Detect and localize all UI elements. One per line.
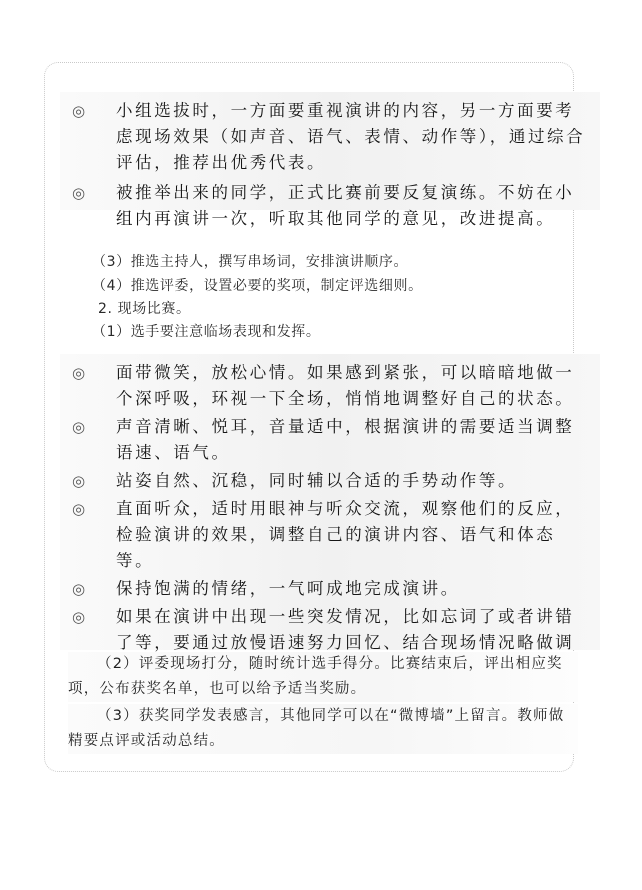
step-4-judges-selection: （4）推选评委，设置必要的奖项，制定评选细则。 — [92, 276, 423, 297]
double-circle-bullet-icon: ◎ — [72, 180, 85, 206]
double-circle-bullet-icon: ◎ — [72, 604, 85, 630]
section-2-heading: 2. 现场比赛。 — [98, 299, 191, 320]
bullet-item: ◎ 声音清晰、悦耳，音量适中，根据演讲的需要适当调整语速、语气。 — [60, 414, 600, 466]
bullet-item: ◎ 面带微笑，放松心情。如果感到紧张，可以暗暗地做一个深呼吸，环视一下全场，悄悄… — [60, 360, 600, 412]
double-circle-bullet-icon: ◎ — [72, 496, 85, 522]
closing-paragraph-acceptance: （3）获奖同学发表感言，其他同学可以在“微博墙”上留言。教师做精要点评或活动总结… — [68, 704, 578, 754]
bullet-item: ◎ 直面听众，适时用眼神与听众交流，观察他们的反应，检验演讲的效果，调整自己的演… — [60, 496, 600, 574]
bullet-text: 声音清晰、悦耳，音量适中，根据演讲的需要适当调整语速、语气。 — [116, 414, 586, 466]
double-circle-bullet-icon: ◎ — [72, 98, 85, 124]
double-circle-bullet-icon: ◎ — [72, 360, 85, 386]
bullet-text: 小组选拔时，一方面要重视演讲的内容，另一方面要考虑现场效果（如声音、语气、表情、… — [116, 98, 586, 176]
bullet-block-selection-tips: ◎ 小组选拔时，一方面要重视演讲的内容，另一方面要考虑现场效果（如声音、语气、表… — [60, 92, 600, 210]
closing-paragraph-scoring: （2）评委现场打分，随时统计选手得分。比赛结束后，评出相应奖项，公布获奖名单，也… — [68, 652, 578, 702]
bullet-text: 面带微笑，放松心情。如果感到紧张，可以暗暗地做一个深呼吸，环视一下全场，悄悄地调… — [116, 360, 586, 412]
double-circle-bullet-icon: ◎ — [72, 576, 85, 602]
double-circle-bullet-icon: ◎ — [72, 468, 85, 494]
bullet-text: 站姿自然、沉稳，同时辅以合适的手势动作等。 — [116, 468, 586, 494]
bullet-item: ◎ 保持饱满的情绪，一气呵成地完成演讲。 — [60, 576, 600, 602]
sub-step-1-performance: （1）选手要注意临场表现和发挥。 — [92, 322, 321, 343]
bullet-text: 保持饱满的情绪，一气呵成地完成演讲。 — [116, 576, 586, 602]
double-circle-bullet-icon: ◎ — [72, 414, 85, 440]
step-3-host-selection: （3）推选主持人，撰写串场词，安排演讲顺序。 — [92, 252, 408, 273]
bullet-item: ◎ 小组选拔时，一方面要重视演讲的内容，另一方面要考虑现场效果（如声音、语气、表… — [60, 98, 600, 176]
bullet-block-performance-tips: ◎ 面带微笑，放松心情。如果感到紧张，可以暗暗地做一个深呼吸，环视一下全场，悄悄… — [60, 354, 600, 650]
bullet-text: 被推举出来的同学，正式比赛前要反复演练。不妨在小组内再演讲一次，听取其他同学的意… — [116, 180, 586, 232]
bullet-item: ◎ 站姿自然、沉稳，同时辅以合适的手势动作等。 — [60, 468, 600, 494]
bullet-item: ◎ 被推举出来的同学，正式比赛前要反复演练。不妨在小组内再演讲一次，听取其他同学… — [60, 180, 600, 232]
bullet-text: 直面听众，适时用眼神与听众交流，观察他们的反应，检验演讲的效果，调整自己的演讲内… — [116, 496, 586, 574]
